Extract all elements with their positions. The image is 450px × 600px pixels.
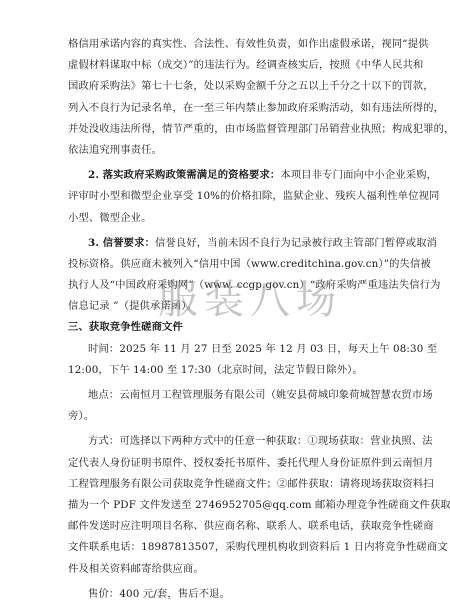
place-line: 地点：云南恒月工程管理服务有限公司（姚安县荷城印象荷城智慧农贸市场 — [68, 385, 386, 406]
paragraph-line: 国政府采购法》第七十七条，处以采购金额千分之五以上千分之十以下的罚款， — [68, 76, 386, 97]
method-line: 工程管理服务有限公司获取竞争性磋商文件；②邮件获取：请将现场获取资料扫 — [68, 474, 386, 495]
paragraph-line: 小型、微型企业。 — [68, 208, 386, 229]
method-line: 邮件发送时应注明项目名称、供应商名称、联系人、联系电话，获取竞争性磋商 — [68, 516, 386, 537]
item-2-text: 本项目非专门面向中小企业采购， — [280, 169, 437, 181]
paragraph-line: 虚假材料谋取中标（成交）”的违法行为。经调查核实后，按照《中华人民共和 — [68, 55, 386, 76]
method-line: 件及相关资料邮寄给供应商。 — [68, 559, 386, 580]
item-3-title: 3. 信誉要求： — [88, 237, 155, 249]
paragraph-line: 依法追究刑事责任。 — [68, 140, 386, 161]
paragraph-line: 并处没收违法所得，情节严重的，由市场监督管理部门吊销营业执照；构成犯罪的， — [68, 119, 386, 140]
section-heading: 三、获取竞争性磋商文件 — [68, 317, 386, 338]
time-line: 12:00，下午 14:00 至 17:30（北京时间，法定节假日除外）。 — [68, 360, 386, 381]
item-3-first-line: 3. 信誉要求：信誉良好，当前未因不良行为记录被行政主管部门暂停或取消 — [68, 233, 386, 254]
paragraph-line: 投标资格。供应商未被列入“信用中国（www.creditchina.gov.cn… — [68, 254, 386, 275]
paragraph-line: 信息记录 ”（提供承诺函）。 — [68, 296, 386, 317]
document-page: 格信用承诺内容的真实性、合法性、有效性负责，如作出虚假承诺，视同“提供 虚假材料… — [68, 34, 386, 600]
place-line: 旁）。 — [68, 406, 386, 427]
paragraph-line: 格信用承诺内容的真实性、合法性、有效性负责，如作出虚假承诺，视同“提供 — [68, 34, 386, 55]
method-line: 描为一个 PDF 文件发送至 2746952705@qq.com 邮箱办理竞争性… — [68, 495, 386, 516]
item-2-first-line: 2. 落实政府采购政策需满足的资格要求：本项目非专门面向中小企业采购， — [68, 165, 386, 186]
method-line: 定代表人身份证明书原件、授权委托书原件、委托代理人身份证原件到云南恒月 — [68, 453, 386, 474]
item-3-text: 信誉良好，当前未因不良行为记录被行政主管部门暂停或取消 — [155, 237, 437, 249]
price-line: 售价：400 元/套，售后不退。 — [68, 584, 386, 600]
paragraph-line: 列入不良行为记录名单，在一至三年内禁止参加政府采购活动，如有违法所得的， — [68, 98, 386, 119]
item-2-title: 2. 落实政府采购政策需满足的资格要求： — [88, 169, 280, 181]
paragraph-line: 执行人及“中国政府采购网”（www. ccgp.gov.cn）“政府采购严重违法… — [68, 275, 386, 296]
time-line: 时间：2025 年 11 月 27 日至 2025 年 12 月 03 日，每天… — [68, 339, 386, 360]
paragraph-line: 评审时小型和微型企业享受 10%的价格扣除，监狱企业、残疾人福利性单位视同 — [68, 186, 386, 207]
method-line: 方式：可选择以下两种方式中的任意一种获取：①现场获取：营业执照、法 — [68, 431, 386, 452]
method-line: 文件联系电话：18987813507，采购代理机构收到资料后 1 日内将竞争性磋… — [68, 537, 386, 558]
